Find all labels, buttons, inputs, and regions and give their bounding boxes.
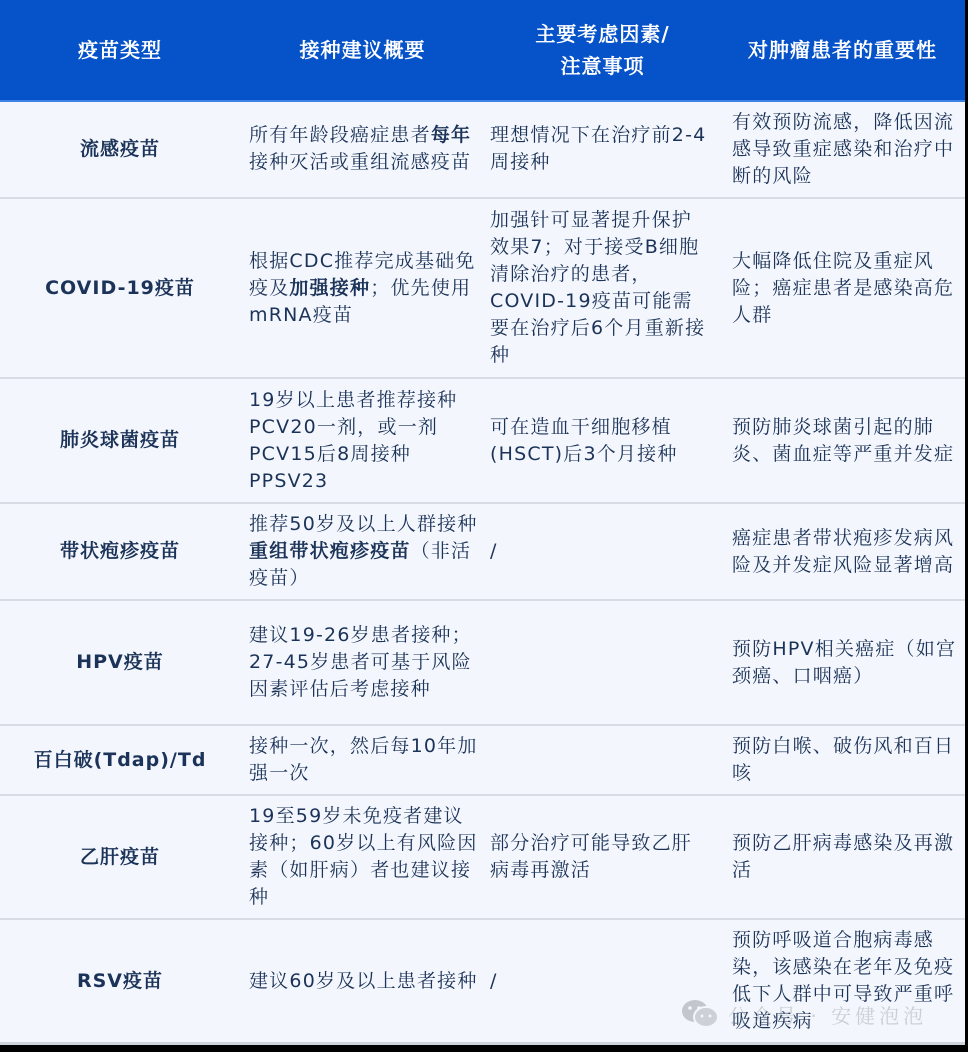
vaccine-name-cell: RSV疫苗 xyxy=(0,920,240,1042)
considerations-cell xyxy=(490,601,712,724)
recommendation-cell: 根据CDC推荐完成基础免疫及加强接种；优先使用mRNA疫苗 xyxy=(249,199,481,377)
recommendation-cell-text: 所有年龄段癌症患者每年接种灭活或重组流感疫苗 xyxy=(249,122,481,176)
vaccine-name-cell: 带状疱疹疫苗 xyxy=(0,504,240,599)
emphasis-text: 加强接种 xyxy=(289,277,370,299)
header-recommendation: 接种建议概要 xyxy=(240,0,485,100)
recommendation-cell: 建议60岁及以上患者接种 xyxy=(249,920,481,1042)
vaccine-name-cell-text: 带状疱疹疫苗 xyxy=(60,538,180,565)
recommendation-cell: 19至59岁未免疫者建议接种；60岁以上有风险因素（如肝病）者也建议接种 xyxy=(249,796,481,918)
table-row: RSV疫苗建议60岁及以上患者接种/预防呼吸道合胞病毒感染，该感染在老年及免疫低… xyxy=(0,920,965,1045)
table-row: HPV疫苗建议19-26岁患者接种；27-45岁患者可基于风险因素评估后考虑接种… xyxy=(0,601,965,726)
emphasis-text: 每年 xyxy=(431,124,471,146)
importance-cell: 有效预防流感，降低因流感导致重症感染和治疗中断的风险 xyxy=(732,101,957,197)
table-row: 流感疫苗所有年龄段癌症患者每年接种灭活或重组流感疫苗理想情况下在治疗前2-4周接… xyxy=(0,101,965,199)
header-considerations: 主要考虑因素/ 注意事项 xyxy=(485,0,720,100)
vaccine-name-cell-text: COVID-19疫苗 xyxy=(45,275,195,302)
considerations-cell-text: 理想情况下在治疗前2-4周接种 xyxy=(490,122,712,176)
recommendation-cell: 19岁以上患者推荐接种PCV20一剂，或一剂PCV15后8周接种PPSV23 xyxy=(249,379,481,502)
header-label: 接种建议概要 xyxy=(300,34,426,66)
vaccine-name-cell: 流感疫苗 xyxy=(0,101,240,197)
recommendation-cell-text: 建议19-26岁患者接种；27-45岁患者可基于风险因素评估后考虑接种 xyxy=(249,622,481,703)
considerations-cell: 加强针可显著提升保护效果7；对于接受B细胞清除治疗的患者，COVID-19疫苗可… xyxy=(490,199,712,377)
recommendation-text: 所有年龄段癌症患者 xyxy=(249,124,431,146)
table-header: 疫苗类型 接种建议概要 主要考虑因素/ 注意事项 对肿瘤患者的重要性 xyxy=(0,0,965,102)
importance-cell-text: 大幅降低住院及重症风险；癌症患者是感染高危人群 xyxy=(732,248,957,329)
considerations-cell xyxy=(490,726,712,794)
recommendation-cell-text: 19岁以上患者推荐接种PCV20一剂，或一剂PCV15后8周接种PPSV23 xyxy=(249,387,481,495)
importance-cell-text: 预防HPV相关癌症（如宫颈癌、口咽癌） xyxy=(732,636,957,690)
considerations-cell: 理想情况下在治疗前2-4周接种 xyxy=(490,101,712,197)
considerations-cell-text: 部分治疗可能导致乙肝病毒再激活 xyxy=(490,830,712,884)
header-label: 对肿瘤患者的重要性 xyxy=(748,34,937,66)
recommendation-text: 接种一次，然后每10年加强一次 xyxy=(249,735,478,784)
vaccine-name-cell-text: HPV疫苗 xyxy=(76,649,164,676)
vaccine-name-cell: 百白破(Tdap)/Td xyxy=(0,726,240,794)
considerations-cell-text: 可在造血干细胞移植(HSCT)后3个月接种 xyxy=(490,414,712,468)
considerations-cell: 部分治疗可能导致乙肝病毒再激活 xyxy=(490,796,712,918)
considerations-cell-text: 加强针可显著提升保护效果7；对于接受B细胞清除治疗的患者，COVID-19疫苗可… xyxy=(490,207,712,369)
recommendation-text: 19岁以上患者推荐接种PCV20一剂，或一剂PCV15后8周接种PPSV23 xyxy=(249,389,457,492)
recommendation-cell: 所有年龄段癌症患者每年接种灭活或重组流感疫苗 xyxy=(249,101,481,197)
table-row: 乙肝疫苗19至59岁未免疫者建议接种；60岁以上有风险因素（如肝病）者也建议接种… xyxy=(0,796,965,920)
recommendation-text: 接种灭活或重组流感疫苗 xyxy=(249,151,471,173)
table-row: 百白破(Tdap)/Td接种一次，然后每10年加强一次预防白喉、破伤风和百日咳 xyxy=(0,726,965,796)
importance-cell: 预防呼吸道合胞病毒感染，该感染在老年及免疫低下人群中可导致严重呼吸道疾病 xyxy=(732,920,957,1042)
recommendation-cell-text: 根据CDC推荐完成基础免疫及加强接种；优先使用mRNA疫苗 xyxy=(249,248,481,329)
importance-cell: 预防白喉、破伤风和百日咳 xyxy=(732,726,957,794)
emphasis-text: 重组带状疱疹疫苗 xyxy=(249,540,411,562)
recommendation-cell-text: 接种一次，然后每10年加强一次 xyxy=(249,733,481,787)
importance-cell-text: 预防白喉、破伤风和百日咳 xyxy=(732,733,957,787)
vaccine-name-cell: COVID-19疫苗 xyxy=(0,199,240,377)
recommendation-text: 推荐50岁及以上人群接种 xyxy=(249,513,478,535)
importance-cell: 预防HPV相关癌症（如宫颈癌、口咽癌） xyxy=(732,601,957,724)
vaccine-name-cell-text: RSV疫苗 xyxy=(77,968,163,995)
considerations-cell: / xyxy=(490,504,712,599)
table-row: 肺炎球菌疫苗19岁以上患者推荐接种PCV20一剂，或一剂PCV15后8周接种PP… xyxy=(0,379,965,504)
importance-cell-text: 预防肺炎球菌引起的肺炎、菌血症等严重并发症 xyxy=(732,414,957,468)
recommendation-cell-text: 19至59岁未免疫者建议接种；60岁以上有风险因素（如肝病）者也建议接种 xyxy=(249,803,481,911)
vaccine-name-cell: HPV疫苗 xyxy=(0,601,240,724)
vaccine-table: 疫苗类型 接种建议概要 主要考虑因素/ 注意事项 对肿瘤患者的重要性 流感疫苗所… xyxy=(0,0,965,1045)
considerations-cell-text: / xyxy=(490,968,498,995)
importance-cell-text: 预防呼吸道合胞病毒感染，该感染在老年及免疫低下人群中可导致严重呼吸道疾病 xyxy=(732,927,957,1035)
importance-cell: 预防肺炎球菌引起的肺炎、菌血症等严重并发症 xyxy=(732,379,957,502)
recommendation-cell-text: 推荐50岁及以上人群接种重组带状疱疹疫苗（非活疫苗） xyxy=(249,511,481,592)
header-vaccine-type: 疫苗类型 xyxy=(0,0,240,100)
recommendation-text: 19至59岁未免疫者建议接种；60岁以上有风险因素（如肝病）者也建议接种 xyxy=(249,805,478,908)
importance-cell-text: 预防乙肝病毒感染及再激活 xyxy=(732,830,957,884)
header-importance: 对肿瘤患者的重要性 xyxy=(720,0,965,100)
importance-cell: 预防乙肝病毒感染及再激活 xyxy=(732,796,957,918)
vaccine-name-cell: 肺炎球菌疫苗 xyxy=(0,379,240,502)
recommendation-text: 建议19-26岁患者接种；27-45岁患者可基于风险因素评估后考虑接种 xyxy=(249,624,472,700)
vaccine-name-cell-text: 流感疫苗 xyxy=(80,136,160,163)
importance-cell-text: 有效预防流感，降低因流感导致重症感染和治疗中断的风险 xyxy=(732,109,957,190)
vaccine-name-cell-text: 乙肝疫苗 xyxy=(80,844,160,871)
vaccine-name-cell: 乙肝疫苗 xyxy=(0,796,240,918)
header-label: 主要考虑因素/ 注意事项 xyxy=(535,18,669,82)
table-row: 带状疱疹疫苗推荐50岁及以上人群接种重组带状疱疹疫苗（非活疫苗）/癌症患者带状疱… xyxy=(0,504,965,601)
considerations-cell: / xyxy=(490,920,712,1042)
recommendation-cell: 建议19-26岁患者接种；27-45岁患者可基于风险因素评估后考虑接种 xyxy=(249,601,481,724)
vaccine-name-cell-text: 肺炎球菌疫苗 xyxy=(60,427,180,454)
importance-cell: 大幅降低住院及重症风险；癌症患者是感染高危人群 xyxy=(732,199,957,377)
recommendation-cell: 接种一次，然后每10年加强一次 xyxy=(249,726,481,794)
considerations-cell-text: / xyxy=(490,538,498,565)
header-label: 疫苗类型 xyxy=(78,34,162,66)
importance-cell: 癌症患者带状疱疹发病风险及并发症风险显著增高 xyxy=(732,504,957,599)
recommendation-cell-text: 建议60岁及以上患者接种 xyxy=(249,968,478,995)
considerations-cell: 可在造血干细胞移植(HSCT)后3个月接种 xyxy=(490,379,712,502)
vaccine-name-cell-text: 百白破(Tdap)/Td xyxy=(34,747,207,774)
importance-cell-text: 癌症患者带状疱疹发病风险及并发症风险显著增高 xyxy=(732,525,957,579)
recommendation-cell: 推荐50岁及以上人群接种重组带状疱疹疫苗（非活疫苗） xyxy=(249,504,481,599)
recommendation-text: 建议60岁及以上患者接种 xyxy=(249,970,478,992)
table-row: COVID-19疫苗根据CDC推荐完成基础免疫及加强接种；优先使用mRNA疫苗加… xyxy=(0,199,965,379)
